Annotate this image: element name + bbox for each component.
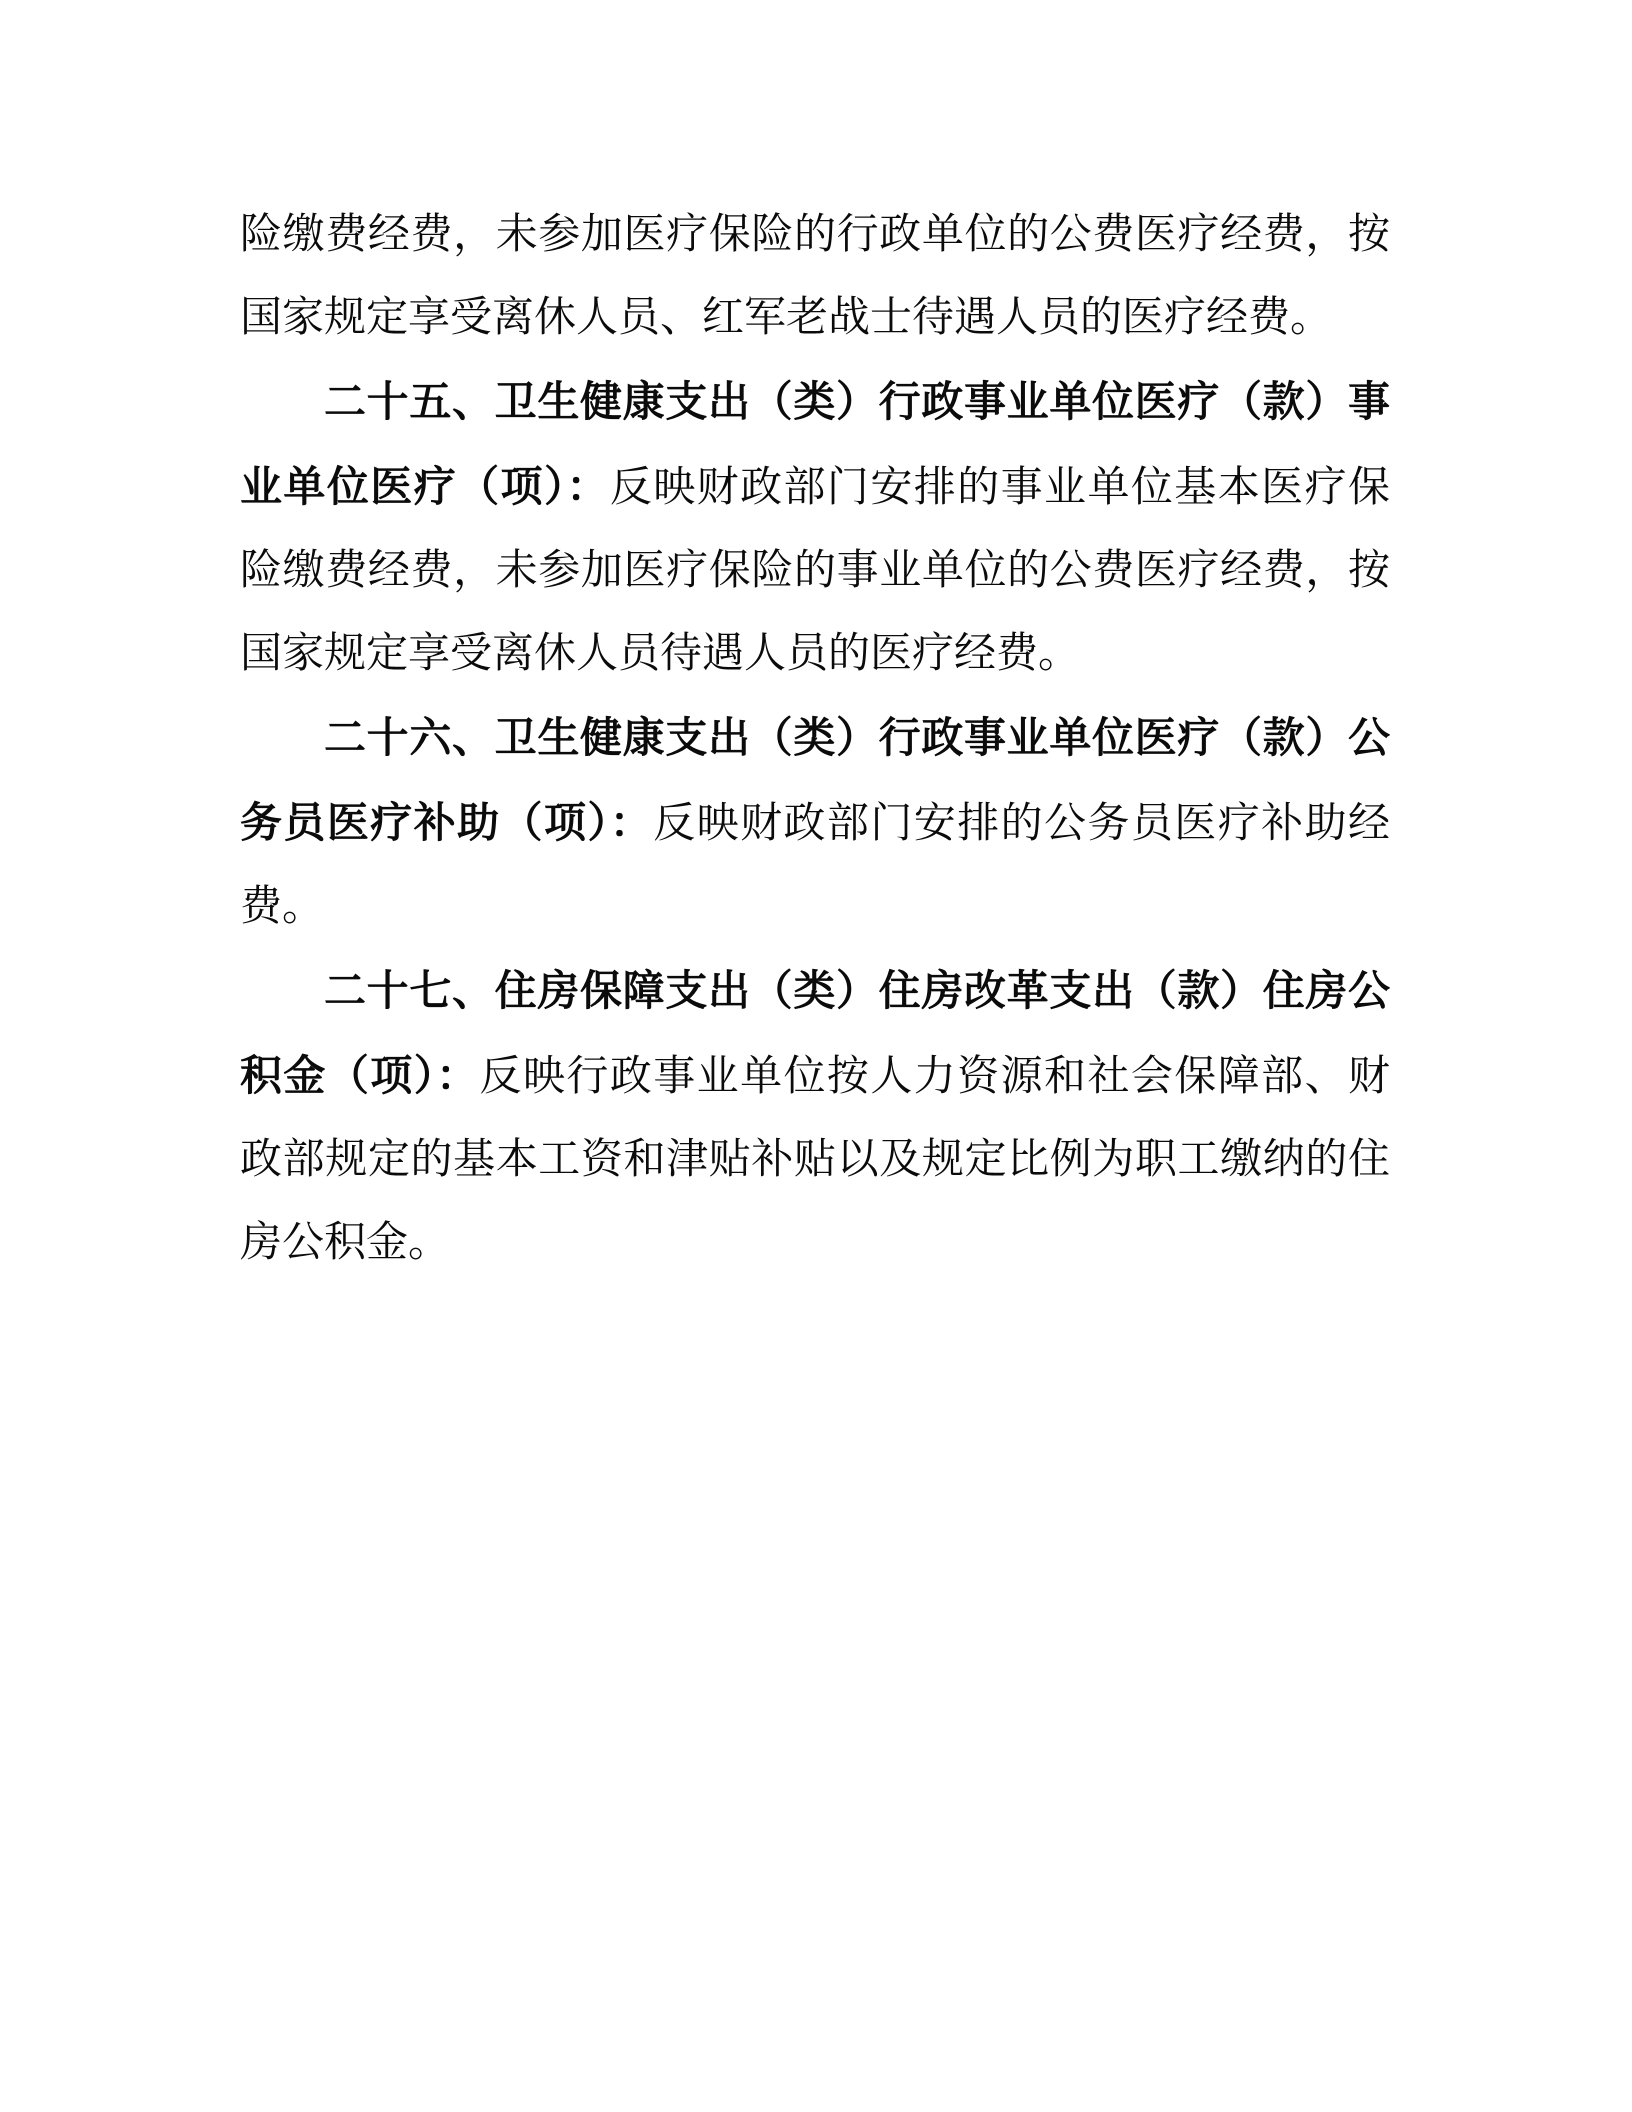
document-text-block: 险缴费经费，未参加医疗保险的行政单位的公费医疗经费，按国家规定享受离休人员、红军…	[240, 194, 1390, 1285]
paragraph-item-26: 二十六、卫生健康支出（类）行政事业单位医疗（款）公务员医疗补助（项）：反映财政部…	[240, 696, 1390, 949]
paragraph-body: 险缴费经费，未参加医疗保险的行政单位的公费医疗经费，按国家规定享受离休人员、红军…	[240, 212, 1390, 341]
paragraph-item-25: 二十五、卫生健康支出（类）行政事业单位医疗（款）事业单位医疗（项）：反映财政部门…	[240, 360, 1390, 696]
paragraph-continuation: 险缴费经费，未参加医疗保险的行政单位的公费医疗经费，按国家规定享受离休人员、红军…	[240, 194, 1390, 360]
paragraph-item-27: 二十七、住房保障支出（类）住房改革支出（款）住房公积金（项）：反映行政事业单位按…	[240, 949, 1390, 1285]
document-page: 险缴费经费，未参加医疗保险的行政单位的公费医疗经费，按国家规定享受离休人员、红军…	[0, 0, 1632, 2112]
